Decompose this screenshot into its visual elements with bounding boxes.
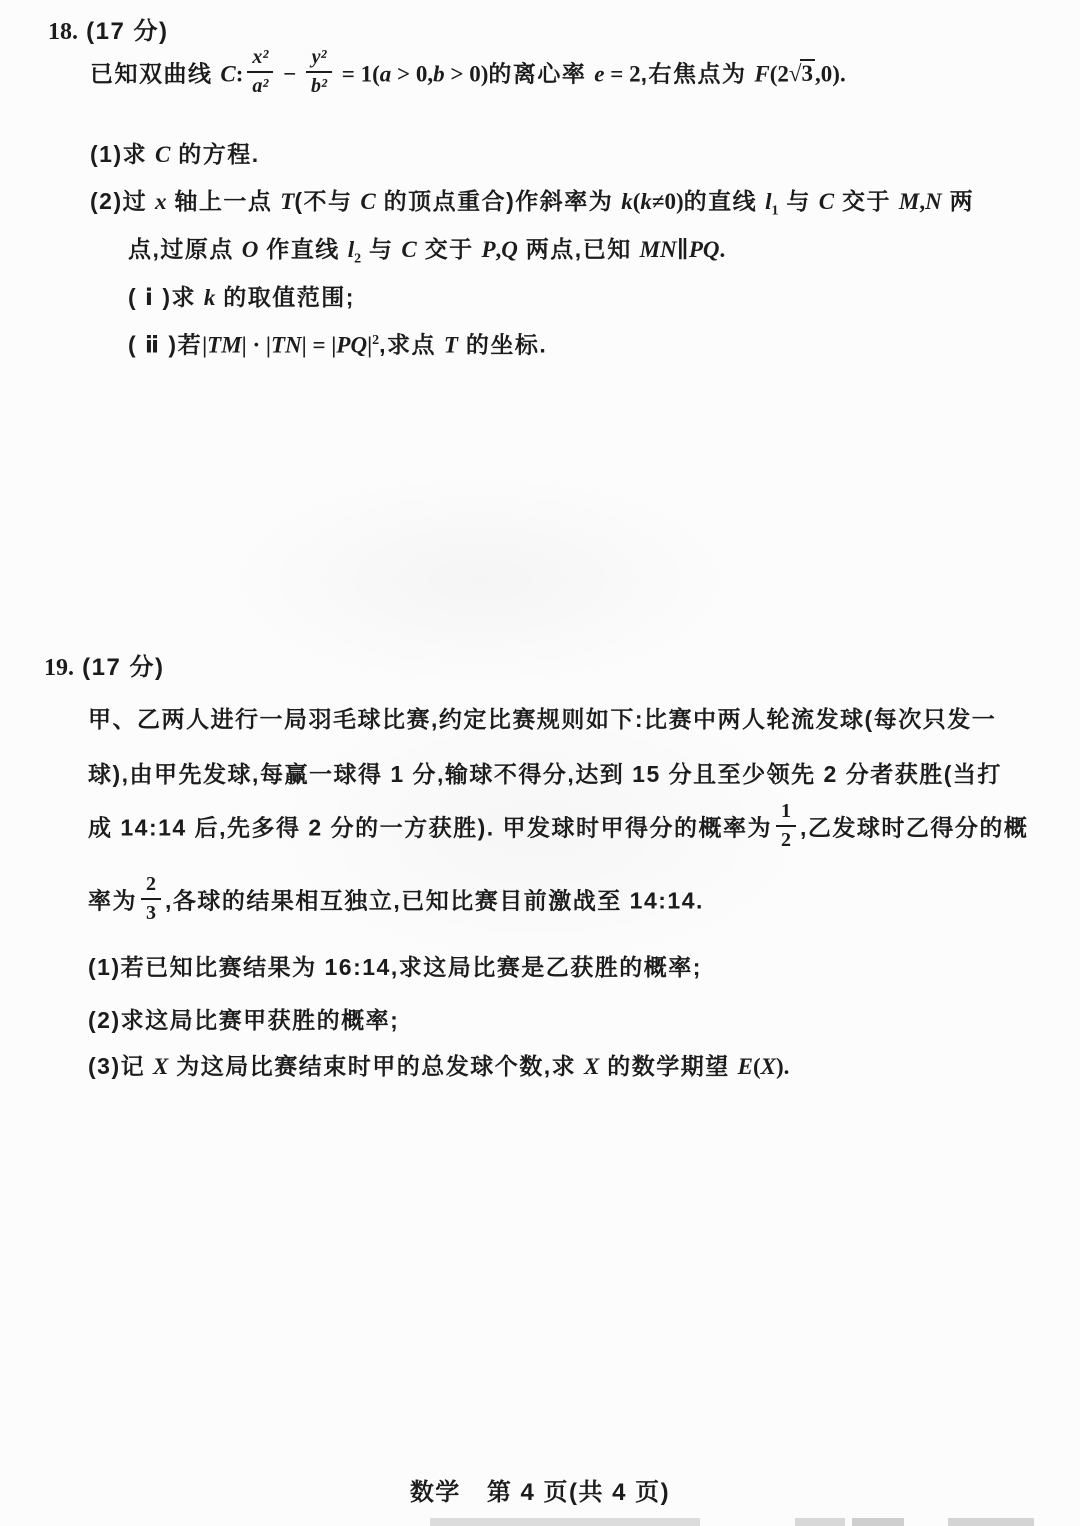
scan-edge-artifact bbox=[795, 1518, 845, 1526]
footer-subject-label: 数学 bbox=[410, 1479, 461, 1506]
scan-edge-artifact bbox=[852, 1518, 904, 1526]
problem-19-paragraph-line1: 甲、乙两人进行一局羽毛球比赛,约定比赛规则如下:比赛中两人轮流发球(每次只发一 bbox=[88, 701, 996, 738]
fraction: 23 bbox=[141, 873, 161, 925]
problem-18-part2-line2: 点,过原点 O 作直线 l2 与 C 交于 P,Q 两点,已知 MN∥PQ. bbox=[128, 231, 725, 278]
scan-edge-artifact bbox=[430, 1518, 700, 1526]
problem-19-paragraph-line2: 球),由甲先发球,每赢一球得 1 分,输球不得分,达到 15 分且至少领先 2 … bbox=[88, 756, 1002, 793]
problem-19-header: 19. (17 分) bbox=[44, 650, 165, 686]
exam-page: 18. (17 分) 已知双曲线 C:x²a² − y²b² = 1(a > 0… bbox=[0, 0, 1080, 1526]
problem-18-part1: (1)求 C 的方程. bbox=[90, 136, 260, 173]
problem-19-paragraph-line4: 率为23,各球的结果相互独立,已知比赛目前激战至 14:14. bbox=[88, 877, 704, 929]
scan-edge-artifact bbox=[948, 1518, 1034, 1526]
problem-19-part2: (2)求这局比赛甲获胜的概率; bbox=[88, 1002, 399, 1039]
fraction: y²b² bbox=[306, 46, 332, 98]
problem-18-part2-line1: (2)过 x 轴上一点 T(不与 C 的顶点重合)作斜率为 k(k≠0)的直线 … bbox=[90, 183, 974, 230]
problem-19-paragraph-line3: 成 14:14 后,先多得 2 分的一方获胜). 甲发球时甲得分的概率为12,乙… bbox=[88, 804, 1028, 856]
watermark-smudge bbox=[220, 470, 740, 690]
problem-18-intro: 已知双曲线 C:x²a² − y²b² = 1(a > 0,b > 0)的离心率… bbox=[90, 50, 846, 102]
problem-18-part2-ii: ( ⅱ )若|TM| · |TN| = |PQ|2,求点 T 的坐标. bbox=[128, 323, 547, 364]
problem-19-part1: (1)若已知比赛结果为 16:14,求这局比赛是乙获胜的概率; bbox=[88, 949, 702, 986]
problem-18-part2-i: ( ⅰ )求 k 的取值范围; bbox=[128, 279, 355, 316]
page-footer: 数学第 4 页(共 4 页) bbox=[0, 1472, 1080, 1507]
fraction: x²a² bbox=[247, 46, 273, 98]
problem-18-header: 18. (17 分) bbox=[48, 14, 169, 50]
footer-page-number: 第 4 页(共 4 页) bbox=[487, 1479, 670, 1506]
problem-19-part3: (3)记 X 为这局比赛结束时甲的总发球个数,求 X 的数学期望 E(X). bbox=[88, 1048, 789, 1085]
square-root: √3 bbox=[789, 56, 815, 92]
fraction: 12 bbox=[776, 800, 796, 852]
